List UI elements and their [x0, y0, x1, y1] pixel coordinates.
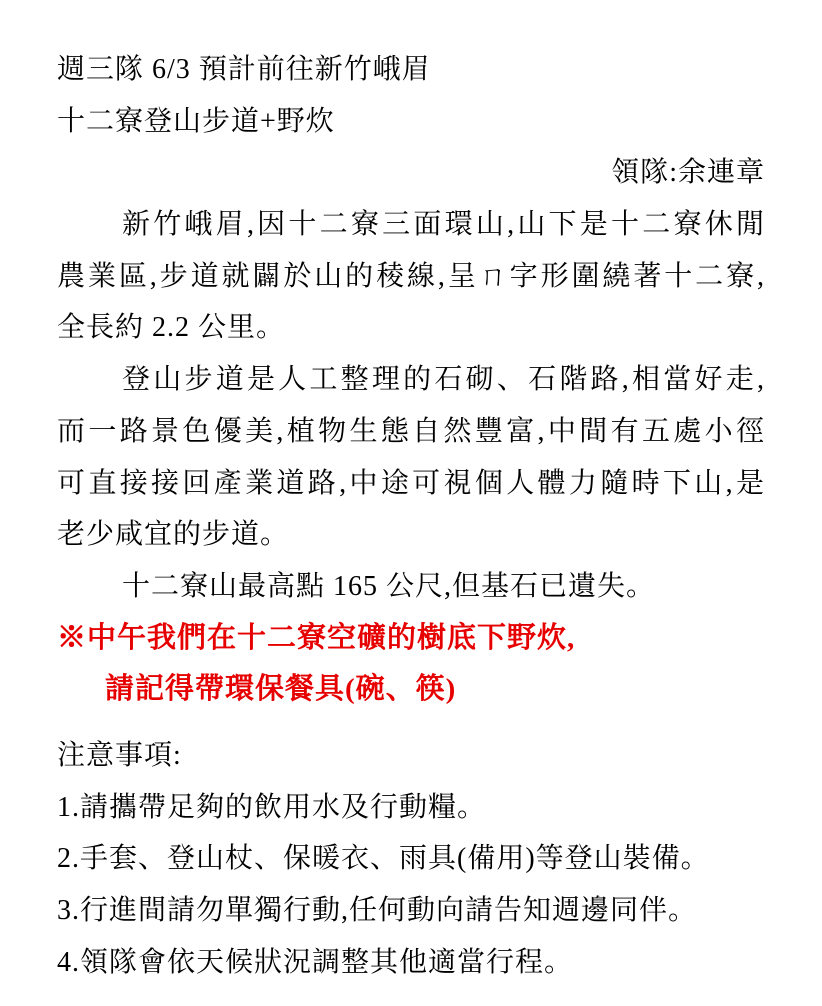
note-item-3: 3.行進間請勿單獨行動,任何動向請告知週邊同伴。 — [57, 885, 765, 937]
document-page: 週三隊 6/3 預計前往新竹峨眉 十二寮登山步道+野炊 領隊:余連章 新竹峨眉,… — [0, 0, 822, 1006]
paragraph-2-line-1: 登山步道是人工整理的石砌、石階路,相當好走, — [57, 354, 765, 406]
leader-line: 領隊:余連章 — [57, 147, 765, 199]
title-line-2: 十二寮登山步道+野炊 — [57, 96, 765, 148]
note-item-4: 4.領隊會依天候狀況調整其他適當行程。 — [57, 937, 765, 989]
paragraph-1-line-1: 新竹峨眉,因十二寮三面環山,山下是十二寮休閒 — [57, 199, 765, 251]
paragraph-2-line-2: 而一路景色優美,植物生態自然豐富,中間有五處小徑 — [57, 406, 765, 458]
paragraph-2-line-3: 可直接接回產業道路,中途可視個人體力隨時下山,是 — [57, 458, 765, 510]
note-item-1: 1.請攜帶足夠的飲用水及行動糧。 — [57, 782, 765, 834]
notes-heading: 注意事項: — [57, 730, 765, 782]
note-item-2: 2.手套、登山杖、保暖衣、雨具(備用)等登山裝備。 — [57, 833, 765, 885]
notice-line-1: ※中午我們在十二寮空礦的樹底下野炊, — [57, 613, 765, 665]
paragraph-2-line-4: 老少咸宜的步道。 — [57, 509, 765, 561]
notice-line-2: 請記得帶環保餐具(碗、筷) — [57, 664, 765, 716]
paragraph-3-line-1: 十二寮山最高點 165 公尺,但基石已遺失。 — [57, 561, 765, 613]
paragraph-1-line-3: 全長約 2.2 公里。 — [57, 302, 765, 354]
title-line-1: 週三隊 6/3 預計前往新竹峨眉 — [57, 44, 765, 96]
paragraph-1-line-2: 農業區,步道就闢於山的稜線,呈ㄇ字形圍繞著十二寮, — [57, 251, 765, 303]
